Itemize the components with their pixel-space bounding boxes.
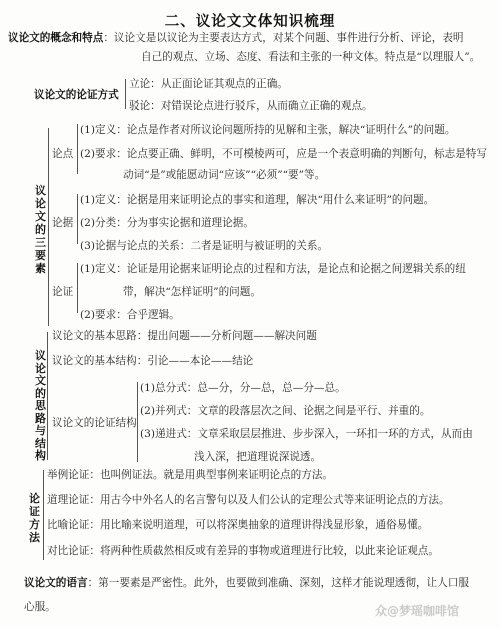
evidence-definition: (1)定义：论据是用来证明论点的事实和道理，解决“用什么来证明”的问题。 [80, 194, 434, 207]
method-analogy: 比喻论证：用比喻来说明道理，可以将深奥抽象的道理讲得浅显形象，通俗易懂。 [47, 519, 428, 532]
argument-mode-item-affirm: 立论：从正面论证其观点的正确。 [129, 78, 288, 91]
reasoning-definition: (1)定义：论证是用论据来证明论点的过程和方法，是论点和论据之间逻辑关系的纽 [80, 263, 466, 276]
thinking-structure-label: 议论文的思路与结构 [34, 350, 47, 463]
evidence-label: 论据 [52, 217, 73, 230]
structure-general-specific: (1)总分式：总—分，分—总，总—分—总。 [140, 382, 346, 395]
concept-row: 议论文的概念和特点：议论文是以议论为主要表达方式，对某个问题、事件进行分析、评论… [8, 32, 464, 45]
thesis-requirement-cont: 动词“是”或能愿动词“应该”“必须”“要”等。 [123, 169, 325, 182]
basic-thinking: 议论文的基本思路：提出问题——分析问题——解决问题 [52, 330, 317, 343]
argument-structure-brace [137, 382, 138, 462]
argument-mode-item-refute: 驳论：对错误论点进行驳斥，从而确立正确的观点。 [129, 100, 373, 113]
argument-structure-label: 议论文的论证结构 [52, 417, 137, 430]
concept-text-2: 自己的观点、立场、态度、看法和主张的一种文体。特点是“以理服人”。 [141, 51, 480, 64]
language-row: 议论文的语言：第一要素是严密性。此外，也要做到准确、深刻，这样才能说理透彻，让人… [24, 577, 469, 590]
method-example: 举例论证：也叫例证法。就是用典型事例来证明论点的方法。 [47, 469, 333, 482]
language-text-2: 心服。 [24, 601, 56, 614]
basic-structure: 议论文的基本结构：引论——本论——结论 [52, 355, 253, 368]
reasoning-definition-cont: 带，解决“怎样证明”的问题。 [123, 286, 261, 299]
evidence-relation: (3)论据与论点的关系：二者是证明与被证明的关系。 [80, 240, 328, 253]
structure-parallel: (2)并列式：文章的段落层次之间、论据之间是平行、并重的。 [140, 405, 430, 418]
language-label: 议论文的语言 [24, 577, 88, 589]
argument-methods-label: 论证方法 [28, 492, 41, 544]
thesis-definition: (1)定义：论点是作者对所议论问题所持的见解和主张，解决“证明什么”的问题。 [80, 124, 455, 137]
three-elements-brace [48, 128, 49, 326]
concept-text-1: ：议论文是以议论为主要表达方式，对某个问题、事件进行分析、评论，表明 [103, 32, 463, 44]
reasoning-label: 论证 [52, 286, 73, 299]
three-elements-label: 议论文的三要素 [34, 184, 47, 275]
thesis-requirement: (2)要求：论点要正确、鲜明，不可模棱两可，应是一个表意明确的判断句，标志是特写 [80, 148, 487, 161]
reasoning-brace [77, 263, 78, 313]
concept-label: 议论文的概念和特点 [8, 32, 103, 44]
structure-progressive: (3)递进式：文章采取层层推进、步步深入，一环扣一环的方式，从而由 [140, 428, 473, 441]
thinking-structure-brace [47, 332, 48, 460]
method-reasoning: 道理论证：用古今中外名人的名言警句以及人们公认的定理公式等来证明论点的方法。 [47, 494, 450, 507]
reasoning-requirement: (2)要求：合乎逻辑。 [80, 309, 180, 322]
method-contrast: 对比论证：将两种性质截然相反或有差异的事物或道理进行比较，以此来论证观点。 [47, 545, 439, 558]
thesis-label: 论点 [52, 148, 73, 161]
argument-mode-brace [125, 79, 126, 109]
thesis-brace [77, 124, 78, 174]
page-title: 二、议论文文体知识梳理 [0, 10, 500, 31]
evidence-brace [77, 194, 78, 244]
language-text-1: ：第一要素是严密性。此外，也要做到准确、深刻，这样才能说理透彻，让人口服 [88, 577, 469, 589]
structure-progressive-cont: 浅入深，把道理说深说透。 [194, 451, 321, 464]
argument-methods-brace [43, 470, 44, 560]
watermark: 众@梦瑶咖啡馆 [375, 602, 459, 619]
argument-mode-label: 议论文的论证方式 [34, 89, 119, 102]
evidence-classification: (2)分类：分为事实论据和道理论据。 [80, 217, 254, 230]
